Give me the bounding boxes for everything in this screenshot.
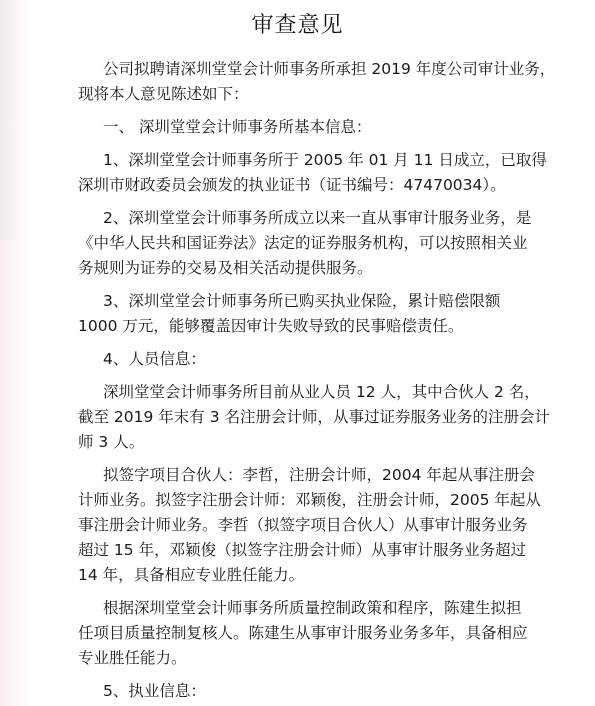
document-page: 审查意见 公司拟聘请深圳堂堂会计师事务所承担 2019 年度公司审计业务，现将本… xyxy=(0,0,595,706)
text-line: 一、 深圳堂堂会计师事务所基本信息： xyxy=(103,117,371,137)
text-line: 1000 万元，能够覆盖因审计失败导致的民事赔偿责任。 xyxy=(78,316,463,336)
text-line: 务规则为证券的交易及相关活动提供服务。 xyxy=(78,258,373,278)
text-line: 专业胜任能力。 xyxy=(78,648,187,668)
text-line: 事注册会计师业务。李哲（拟签字项目合伙人）从事审计服务业务 xyxy=(78,515,528,535)
text-line: 现将本人意见陈述如下： xyxy=(78,84,249,104)
text-line: 5、执业信息： xyxy=(103,681,206,701)
text-line: 4、人员信息： xyxy=(103,349,206,369)
text-line: 计师业务。拟签字注册会计师：邓颖俊，注册会计师，2005 年起从 xyxy=(78,490,541,510)
text-line: 公司拟聘请深圳堂堂会计师事务所承担 2019 年度公司审计业务， xyxy=(103,59,555,79)
text-line: 14 年，具备相应专业胜任能力。 xyxy=(78,565,304,585)
text-line: 根据深圳堂堂会计师事务所质量控制政策和程序，陈建生拟担 xyxy=(103,598,522,618)
text-line: 师 3 人。 xyxy=(78,432,144,452)
text-line: 3、深圳堂堂会计师事务所已购买执业保险，累计赔偿限额 xyxy=(103,291,500,311)
text-line: 任项目质量控制复核人。陈建生从事审计服务业务多年，具备相应 xyxy=(78,623,528,643)
text-line: 深圳市财政委员会颁发的执业证书（证书编号：47470034）。 xyxy=(78,175,506,195)
text-line: 超过 15 年，邓颖俊（拟签字注册会计师）从事审计服务业务超过 xyxy=(78,540,526,560)
text-line: 深圳堂堂会计师事务所目前从业人员 12 人，其中合伙人 2 名， xyxy=(103,382,540,402)
text-line: 截至 2019 年末有 3 名注册会计师，从事过证券服务业务的注册会计 xyxy=(78,407,550,427)
text-line: 1、深圳堂堂会计师事务所于 2005 年 01 月 11 日成立，已取得 xyxy=(103,150,547,170)
document-title: 审查意见 xyxy=(0,8,595,39)
text-line: 《中华人民共和国证券法》法定的证券服务机构，可以按照相关业 xyxy=(78,233,528,253)
text-line: 拟签字项目合伙人：李哲，注册会计师，2004 年起从事注册会 xyxy=(103,465,535,485)
text-line: 2、深圳堂堂会计师事务所成立以来一直从事审计服务业务，是 xyxy=(103,208,531,228)
